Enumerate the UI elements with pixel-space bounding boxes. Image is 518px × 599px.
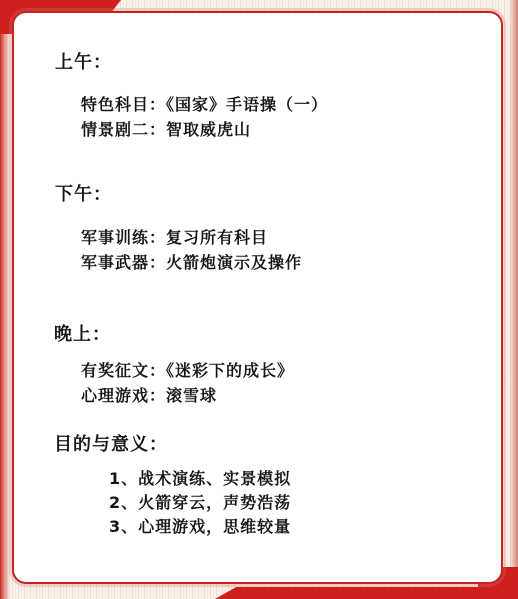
purpose-list-item-2: 2、火箭穿云，声势浩荡 (109, 495, 291, 511)
schedule-line-afternoon-1: 军事训练：复习所有科目 (81, 230, 268, 246)
section-header-purpose: 目的与意义： (54, 436, 168, 454)
section-header-evening: 晚上： (54, 326, 111, 344)
purpose-list-item-1: 1、战术演练、实景模拟 (109, 471, 291, 487)
section-header-afternoon: 下午： (55, 186, 112, 204)
bottom-right-red-banner (215, 587, 518, 599)
schedule-line-evening-2: 心理游戏：滚雪球 (81, 388, 217, 404)
schedule-line-afternoon-2: 军事武器：火箭炮演示及操作 (81, 255, 302, 271)
schedule-line-morning-2: 情景剧二：智取威虎山 (81, 122, 251, 138)
purpose-list-item-3: 3、心理游戏，思维较量 (109, 519, 291, 535)
right-pink-edge-stripe (509, 0, 518, 599)
schedule-line-morning-1: 特色科目：《国家》手语操（一） (81, 97, 328, 113)
schedule-line-evening-1: 有奖征文：《迷彩下的成长》 (81, 363, 294, 379)
section-header-morning: 上午： (55, 54, 112, 72)
left-red-edge-stripe (0, 0, 10, 599)
